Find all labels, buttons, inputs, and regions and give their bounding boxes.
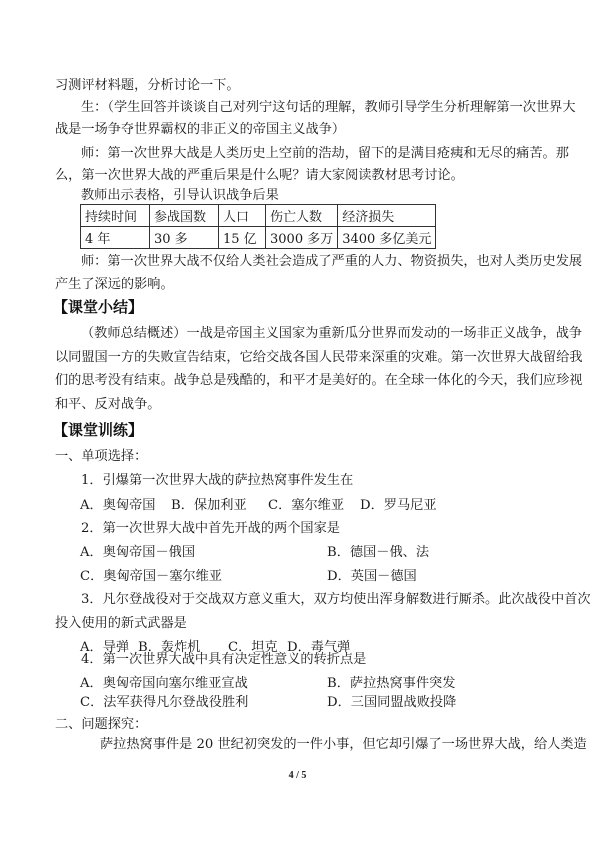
teacher-line: 产生了深远的影响。 <box>55 277 533 293</box>
page-number: 4 / 5 <box>0 770 595 781</box>
question-option: B．德国－俄、法 <box>327 545 429 561</box>
question-option: A．奥匈帝国 <box>80 498 155 514</box>
table-intro: 教师出示表格，引导认识战争后果 <box>81 188 559 204</box>
table-cell: 15 亿 <box>219 227 266 249</box>
question-stem: 投入使用的新式武器是 <box>55 616 533 632</box>
student-answer-line: 生：（学生回答并谈谈自己对列宁这句话的理解，教师引导学生分析理解第一次世界大 <box>81 100 559 116</box>
section-heading-summary: 【课堂小结】 <box>53 298 143 316</box>
summary-line: 以同盟国一方的失败宣告结束，它给交战各国人民带来深重的灾难。第一次世界大战留给我 <box>55 350 533 366</box>
question-option: B．保加利亚 <box>171 498 247 514</box>
question-stem: 4．第一次世界大战中具有决定性意义的转折点是 <box>81 652 559 668</box>
table-header-cell: 持续时间 <box>81 205 150 227</box>
summary-line: （教师总结概述）一战是帝国主义国家为重新瓜分世界而发动的一场非正义战争，战争 <box>81 326 559 342</box>
question-option: C．塞尔维亚 <box>268 498 344 514</box>
exercise-section-label: 二、问题探究： <box>55 717 533 733</box>
section-heading-exercise: 【课堂训练】 <box>53 421 143 439</box>
table-cell: 4 年 <box>81 227 150 249</box>
question-option: C．法军获得凡尔登战役胜利 <box>80 695 248 711</box>
war-consequences-table: 持续时间 参战国数 人口 伤亡人数 经济损失 4 年 30 多 15 亿 300… <box>80 204 436 249</box>
table-cell: 3000 多万 <box>266 227 338 249</box>
student-answer-line: 战是一场争夺世界霸权的非正义的帝国主义战争） <box>55 122 533 138</box>
summary-line: 和平、反对战争。 <box>55 397 533 413</box>
paragraph-line: 习测评材料题，分析讨论一下。 <box>55 78 533 94</box>
table-header-cell: 参战国数 <box>150 205 219 227</box>
table-cell: 3400 多亿美元 <box>338 227 436 249</box>
table-header-cell: 伤亡人数 <box>266 205 338 227</box>
question-option: B．萨拉热窝事件突发 <box>327 676 455 692</box>
teacher-line: 师：第一次世界大战不仅给人类社会造成了严重的人力、物资损失，也对人类历史发展 <box>81 254 559 270</box>
table-cell: 30 多 <box>150 227 219 249</box>
question-option: D．三国同盟战败投降 <box>327 695 456 711</box>
table-row: 4 年 30 多 15 亿 3000 多万 3400 多亿美元 <box>81 227 436 249</box>
question-option: A．奥匈帝国向塞尔维亚宣战 <box>80 676 248 692</box>
exercise-section-label: 一、单项选择： <box>55 449 533 465</box>
question-stem: 3．凡尔登战役对于交战双方意义重大，双方均使出浑身解数进行厮杀。此次战役中首次 <box>81 592 559 608</box>
question-option: A．奥匈帝国－俄国 <box>80 545 195 561</box>
table-header-row: 持续时间 参战国数 人口 伤亡人数 经济损失 <box>81 205 436 227</box>
table-header-cell: 经济损失 <box>338 205 436 227</box>
question-option: D．罗马尼亚 <box>360 498 437 514</box>
teacher-line: 师：第一次世界大战是人类历史上空前的浩劫，留下的是满目疮痍和无尽的痛苦。那 <box>81 146 559 162</box>
question-stem: 2．第一次世界大战中首先开战的两个国家是 <box>81 521 559 537</box>
question-option: C．奥匈帝国－塞尔维亚 <box>80 569 222 585</box>
summary-line: 们的思考没有结束。战争总是残酷的，和平才是美好的。在全球一体化的今天，我们应珍视 <box>55 373 533 389</box>
teacher-line: 么，第一次世界大战的严重后果是什么呢？请大家阅读教材思考讨论。 <box>55 168 533 184</box>
table-header-cell: 人口 <box>219 205 266 227</box>
inquiry-line: 萨拉热窝事件是 20 世纪初突发的一件小事，但它却引爆了一场世界大战，给人类造 <box>100 737 578 753</box>
question-option: D．英国－德国 <box>327 569 417 585</box>
question-stem: 1．引爆第一次世界大战的萨拉热窝事件发生在 <box>81 473 559 489</box>
